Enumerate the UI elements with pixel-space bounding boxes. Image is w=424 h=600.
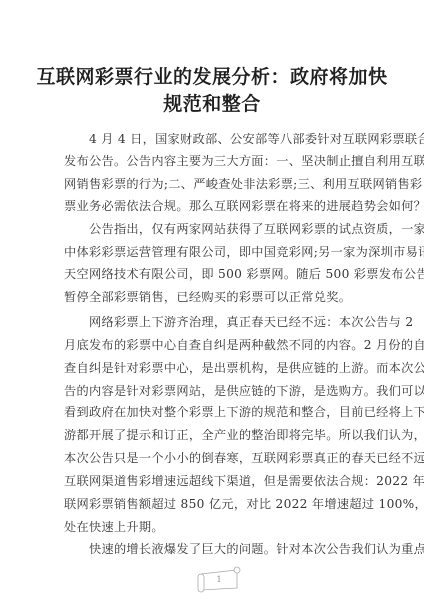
text-line: 联网彩票销售额超过 850 亿元，对比 2022 年增速超过 100%，行业	[64, 495, 364, 512]
text-line: 网销售彩票的行为;二、严峻查处非法彩票;三、利用互联网销售彩	[64, 175, 364, 192]
text-line: 本次公告只是一个小小的倒春寒，互联网彩票真正的春天已经不远	[64, 449, 364, 466]
text-line: 4 月 4 日，国家财政部、公安部等八部委针对互联网彩票联合	[64, 130, 364, 147]
text-line: 发布公告。公告内容主要为三大方面：一、坚决制止擅自利用互联	[64, 152, 364, 169]
text-line: 互联网渠道售彩增速远超线下渠道，但是需要依法合规：2022 年互	[64, 472, 364, 489]
text-line: 中体彩彩票运营管理有限公司，即中国竞彩网;另一家为深圳市易讯	[64, 243, 364, 260]
text-line: 暂停全部彩票销售，已经购买的彩票可以正常兑奖。	[64, 288, 364, 305]
text-line: 游都开展了提示和订正，全产业的整治即将完毕。所以我们认为，	[64, 426, 364, 443]
text-line: 月底发布的彩票中心自查自纠是两种截然不同的内容。2 月份的自	[64, 336, 364, 353]
text-line: 快速的增长液爆发了巨大的问题。针对本次公告我们认为重点在	[64, 540, 364, 557]
document-title-line-1: 互联网彩票行业的发展分析：政府将加快	[0, 62, 424, 89]
text-line: 看到政府在加快对整个彩票上下游的规范和整合，目前已经将上下	[64, 403, 364, 420]
text-line: 公告指出，仅有两家网站获得了互联网彩票的试点资质，一家为	[64, 220, 364, 237]
text-line: 天空网络技术有限公司，即 500 彩票网。随后 500 彩票发布公告，	[64, 265, 364, 282]
page-number-badge: 1	[193, 566, 245, 594]
page-number: 1	[193, 575, 245, 584]
text-line: 处在快速上升期。	[64, 518, 364, 535]
text-line: 票业务必需依法合规。那么互联网彩票在将来的进展趋势会如何？	[64, 197, 364, 214]
text-line: 网络彩票上下游齐治理，真正春天已经不远：本次公告与 2	[64, 313, 364, 330]
text-line: 查自纠是针对彩票中心，是出票机构，是供应链的上游。而本次公	[64, 359, 364, 376]
text-line: 告的内容是针对彩票网站，是供应链的下游，是选购方。我们可以	[64, 382, 364, 399]
document-title-line-2: 规范和整合	[0, 89, 424, 116]
